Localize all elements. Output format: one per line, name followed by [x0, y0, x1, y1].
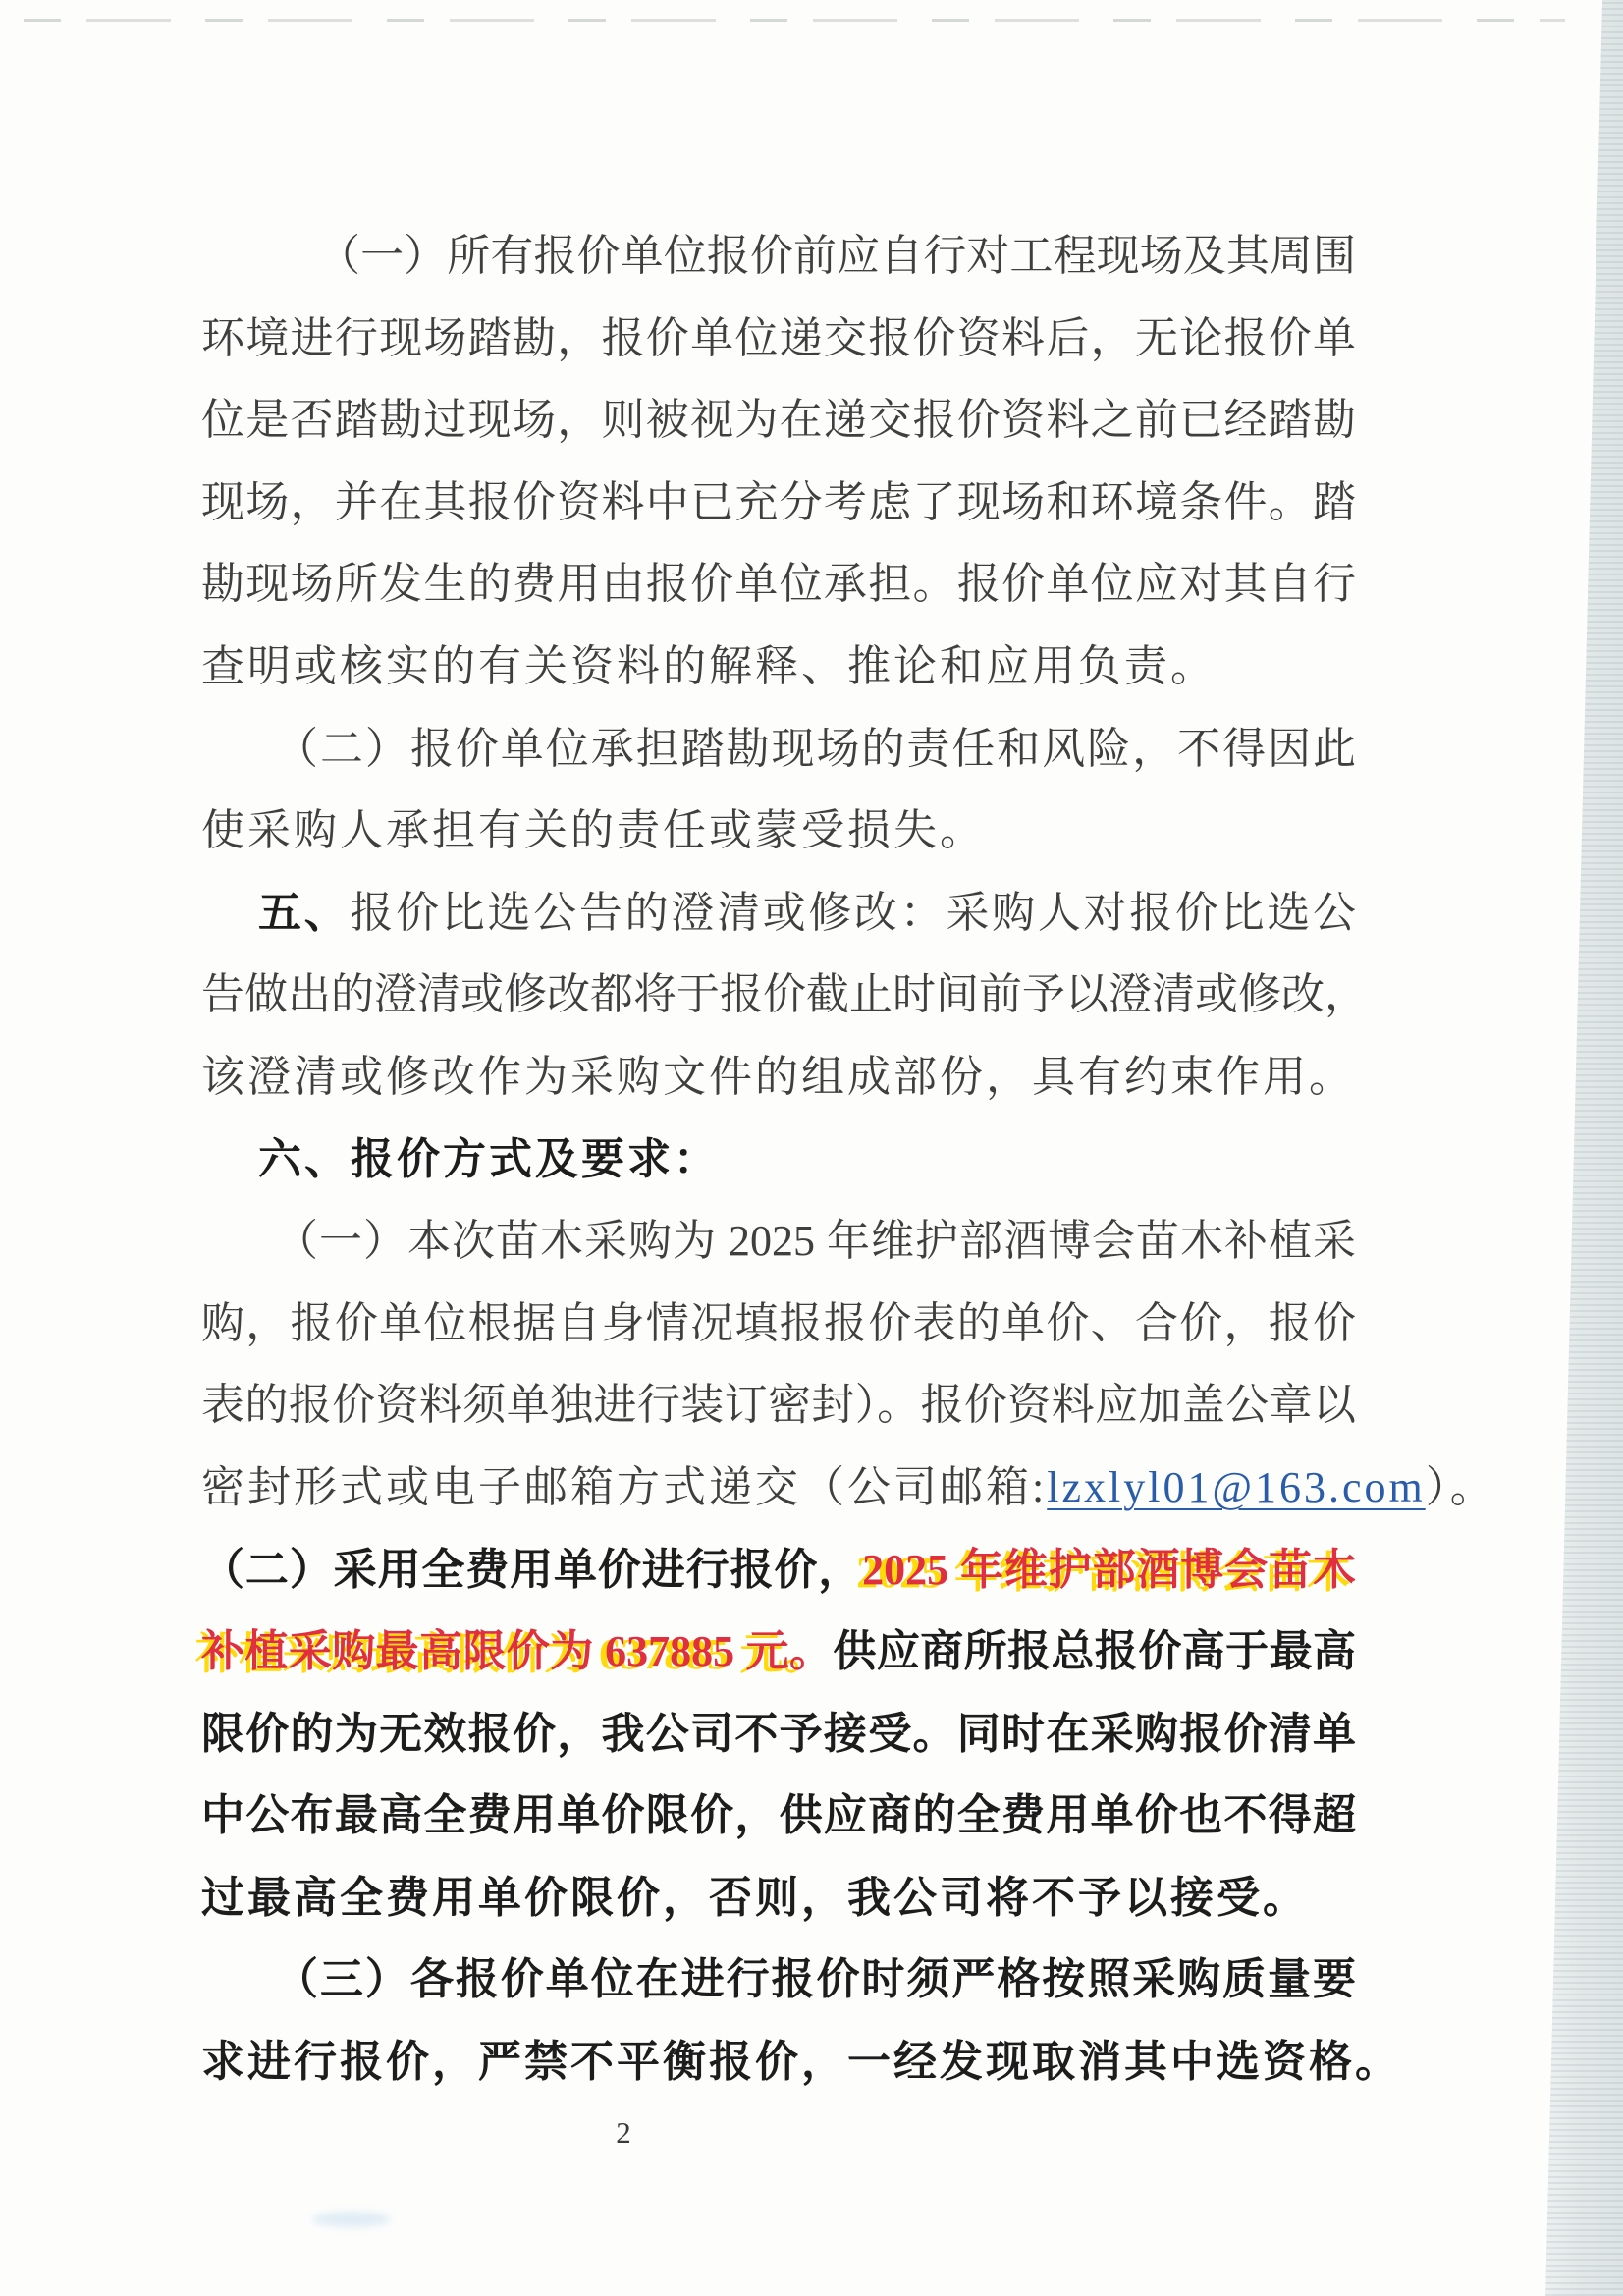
- scan-edge-line-artifact: [24, 19, 1565, 22]
- text-line: （二）采用全费用单价进行报价，2025 年维护部酒博会苗木: [201, 1529, 1356, 1612]
- text-segment: 密封形式或电子邮箱方式递交（公司邮箱:: [201, 1463, 1047, 1511]
- text-line: 查明或核实的有关资料的解释、推论和应用负责。: [201, 626, 1356, 708]
- text-line: 告做出的澄清或修改都将于报价截止时间前予以澄清或修改，: [201, 954, 1356, 1036]
- text-segment: 环境进行现场踏勘，报价单位递交报价资料后，无论报价单: [201, 314, 1356, 362]
- highlighted-text-segment: 2025 年维护部酒博会苗木: [862, 1546, 1356, 1594]
- text-segment: （一）所有报价单位报价前应自行对工程现场及其周围: [317, 232, 1356, 280]
- text-line: 补植采购最高限价为 637885 元。供应商所报总报价高于最高: [201, 1611, 1356, 1693]
- bold-text-segment: 五、: [258, 889, 350, 937]
- bold-text-segment: 求进行报价，严禁不平衡报价，一经发现取消其中选资格。: [201, 2038, 1401, 2086]
- text-line: 位是否踏勘过现场，则被视为在递交报价资料之前已经踏勘: [201, 379, 1356, 462]
- scanned-document-page: （一）所有报价单位报价前应自行对工程现场及其周围环境进行现场踏勘，报价单位递交报…: [0, 0, 1623, 2296]
- text-segment: 该澄清或修改作为采购文件的组成部份，具有约束作用。: [201, 1053, 1355, 1101]
- text-line: 五、报价比选公告的澄清或修改：采购人对报价比选公: [201, 872, 1356, 955]
- bold-text-segment: （三）各报价单位在进行报价时须严格按照采购质量要: [275, 1955, 1356, 2003]
- text-segment: 勘现场所发生的费用由报价单位承担。报价单位应对其自行: [201, 560, 1356, 608]
- bold-text-segment: 供应商所报总报价高于最高: [833, 1627, 1356, 1675]
- text-segment: 查明或核实的有关资料的解释、推论和应用负责。: [201, 642, 1217, 690]
- text-line: 购，报价单位根据自身情况填报报价表的单价、合价，报价: [201, 1283, 1356, 1365]
- text-line: 中公布最高全费用单价限价，供应商的全费用单价也不得超: [201, 1775, 1356, 1857]
- bold-text-segment: 六、报价方式及要求：: [258, 1135, 720, 1183]
- text-segment: （一）本次苗木采购为 2025 年维护部酒博会苗木补植采: [275, 1217, 1356, 1265]
- text-line: 限价的为无效报价，我公司不予接受。同时在采购报价清单: [201, 1693, 1356, 1776]
- text-line: 表的报价资料须单独进行装订密封）。报价资料应加盖公章以: [201, 1364, 1356, 1447]
- text-segment: 购，报价单位根据自身情况填报报价表的单价、合价，报价: [201, 1299, 1356, 1347]
- text-line: 勘现场所发生的费用由报价单位承担。报价单位应对其自行: [201, 543, 1356, 626]
- text-line: 过最高全费用单价限价，否则，我公司将不予以接受。: [201, 1857, 1356, 1940]
- bold-text-segment: 过最高全费用单价限价，否则，我公司将不予以接受。: [201, 1874, 1309, 1922]
- text-line: 现场，并在其报价资料中已充分考虑了现场和环境条件。踏: [201, 462, 1356, 544]
- highlighted-text-segment: 补植采购最高限价为 637885 元。: [201, 1627, 833, 1675]
- text-line: 该澄清或修改作为采购文件的组成部份，具有约束作用。: [201, 1036, 1356, 1119]
- text-line: （三）各报价单位在进行报价时须严格按照采购质量要: [201, 1939, 1356, 2021]
- text-segment: 使采购人承担有关的责任或蒙受损失。: [201, 806, 986, 854]
- text-segment: 表的报价资料须单独进行装订密封）。报价资料应加盖公章以: [201, 1381, 1356, 1429]
- email-link[interactable]: lzxlyl01@163.com: [1047, 1463, 1425, 1511]
- text-line: （一）所有报价单位报价前应自行对工程现场及其周围: [201, 215, 1356, 298]
- text-line: 使采购人承担有关的责任或蒙受损失。: [201, 790, 1356, 872]
- bold-text-segment: 限价的为无效报价，我公司不予接受。同时在采购报价清单: [201, 1710, 1356, 1758]
- text-line: （二）报价单位承担踏勘现场的责任和风险，不得因此: [201, 708, 1356, 791]
- text-segment: ）。: [1426, 1463, 1496, 1511]
- text-line: 求进行报价，严禁不平衡报价，一经发现取消其中选资格。: [201, 2021, 1356, 2104]
- scan-smudge-artifact: [312, 2212, 391, 2227]
- text-segment: 报价比选公告的澄清或修改：采购人对报价比选公: [350, 889, 1356, 937]
- text-line: 密封形式或电子邮箱方式递交（公司邮箱:lzxlyl01@163.com）。: [201, 1447, 1356, 1529]
- text-line: 六、报价方式及要求：: [201, 1119, 1356, 1201]
- document-body: （一）所有报价单位报价前应自行对工程现场及其周围环境进行现场踏勘，报价单位递交报…: [201, 215, 1356, 2104]
- page-edge-shadow: [1540, 0, 1623, 2296]
- text-segment: （二）报价单位承担踏勘现场的责任和风险，不得因此: [275, 725, 1356, 773]
- text-segment: 现场，并在其报价资料中已充分考虑了现场和环境条件。踏: [201, 478, 1356, 526]
- text-segment: 告做出的澄清或修改都将于报价截止时间前予以澄清或修改，: [201, 970, 1368, 1018]
- text-segment: 位是否踏勘过现场，则被视为在递交报价资料之前已经踏勘: [201, 396, 1356, 444]
- page-number: 2: [589, 2113, 658, 2153]
- bold-text-segment: 中公布最高全费用单价限价，供应商的全费用单价也不得超: [201, 1791, 1356, 1839]
- text-line: （一）本次苗木采购为 2025 年维护部酒博会苗木补植采: [201, 1200, 1356, 1283]
- bold-text-segment: （二）采用全费用单价进行报价，: [201, 1546, 862, 1594]
- text-line: 环境进行现场踏勘，报价单位递交报价资料后，无论报价单: [201, 298, 1356, 380]
